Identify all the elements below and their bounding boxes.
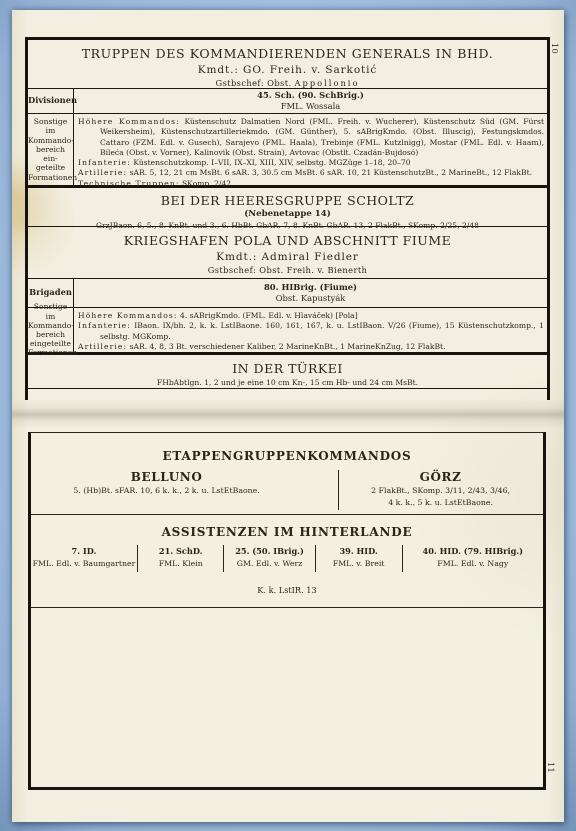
row-label-divisionen: Divisionen [28,89,74,113]
page-title: TRUPPEN DES KOMMANDIERENDEN GENERALS IN … [28,46,547,61]
commander-line: Kmdt.: Admiral Fiedler [28,251,547,263]
artillerie-paragraph: Artillerie: sAR. 4, 8, 3 Bt. verschieden… [78,342,544,352]
sonstige-row-1: Sonstige im Kommando- bereich ein- getei… [28,113,547,185]
hoehere-kommandos-paragraph: Höhere Kommandos: Küstenschutz Dalmatien… [78,117,544,158]
assistenz-column: 21. SchD. FML. Klein [137,545,224,572]
etappengruppen-columns: BELLUNO 5. (Hb)Bt. sFAR. 10, 6 k. k., 2 … [31,470,543,514]
unit-name: 7. ID. [31,546,137,556]
chief-label: Gstbschef: Obst. [216,78,292,88]
assistenz-column: 7. ID. FML. Edl. v. Baumgartner [31,545,137,572]
brigaden-value: 80. HIBrig. (Fiume) Obst. Kapustyák [74,279,547,307]
assistenz-column: 39. HID. FML. v. Breit [315,545,402,572]
unit-commander: FML. Klein [138,559,224,568]
chief-name: Appollonio [295,78,360,88]
group-name: BELLUNO [31,470,302,484]
chief-of-staff-line: Gstbschef: Obst. Freih. v. Bienerth [28,265,547,275]
group-name: GÖRZ [338,470,543,484]
unit-name: 40. HID. (79. HIBrig.) [403,546,543,556]
landsturm-footer: K. k. LstIR. 13 [31,585,543,595]
hoehere-kommandos-paragraph: Höhere Kommandos: 4. sABrigKmdo. (FML. E… [78,311,544,321]
unit-name: 39. HID. [316,546,402,556]
unit-commander: Obst. Kapustyák [74,293,547,304]
artillerie-paragraph: Artillerie: sAR. 5, 12, 21 cm MsBt. 6 sA… [78,168,544,178]
commander-line: Kmdt.: GO. Freih. v. Sarkotić [28,64,547,76]
top-page-table: TRUPPEN DES KOMMANDIERENDEN GENERALS IN … [25,37,550,400]
group-units: 5. (Hb)Bt. sFAR. 10, 6 k. k., 2 k. u. Ls… [31,486,302,496]
unit-commander: FML. Edl. v. Baumgartner [31,559,137,568]
unit-commander: FML. Wossala [74,101,547,112]
kriegshafen-pola-section: KRIEGSHAFEN POLA UND ABSCHNITT FIUME Kmd… [28,226,547,278]
section-title: IN DER TÜRKEI [28,361,547,376]
unit-name: 25. (50. IBrig.) [224,546,314,556]
group-units: 4 k. k., 5 k. u. LstEtBaone. [338,498,543,508]
chief-of-staff-line: Gstbschef: Obst. Appollonio [28,78,547,88]
infanterie-paragraph: Infanterie: IBaon. IX/bh. 2, k. k. LstIB… [78,321,544,342]
section-units-line: FHbAbtlgn. 1, 2 und je eine 10 cm Kn-, 1… [28,378,547,387]
horizontal-rule [31,514,543,515]
page-fold-shadow [12,399,564,429]
unit-name: 21. SchD. [138,546,224,556]
row-label-sonstige-1: Sonstige im Kommando- bereich ein- getei… [28,114,74,185]
assistenzen-columns: 7. ID. FML. Edl. v. Baumgartner 21. SchD… [31,545,543,572]
sonstige-1-value: Höhere Kommandos: Küstenschutz Dalmatien… [74,114,547,185]
assistenz-column: 25. (50. IBrig.) GM. Edl. v. Werz [223,545,314,572]
section-title: KRIEGSHAFEN POLA UND ABSCHNITT FIUME [28,233,547,248]
unit-commander: FML. v. Breit [316,559,402,568]
unit-name: 45. Sch. (90. SchBrig.) [74,90,547,101]
assistenzen-title: ASSISTENZEN IM HINTERLANDE [31,525,543,539]
page-number-10: 10 [550,43,559,54]
sonstige-2-value: Höhere Kommandos: 4. sABrigKmdo. (FML. E… [74,308,547,352]
group-units: 2 FlakBt., SKomp. 3/11, 2/43, 3/46, [338,486,543,496]
bottom-page-table: ETAPPENGRUPPENKOMMANDOS BELLUNO 5. (Hb)B… [28,432,546,790]
divisionen-value: 45. Sch. (90. SchBrig.) FML. Wossala [74,89,547,113]
etappengruppe-belluno: BELLUNO 5. (Hb)Bt. sFAR. 10, 6 k. k., 2 … [31,470,338,514]
page-number-11: 11 [546,762,555,773]
assistenz-column: 40. HID. (79. HIBrig.) FML. Edl. v. Nagy [402,545,543,572]
sonstige-row-2: Sonstige im Kommando- bereich eingeteilt… [28,307,547,352]
unit-commander: GM. Edl. v. Werz [224,559,314,568]
tuerkei-section: IN DER TÜRKEI FHbAbtlgn. 1, 2 und je ein… [28,352,547,388]
brigaden-row: Brigaden 80. HIBrig. (Fiume) Obst. Kapus… [28,278,547,307]
infanterie-paragraph: Infanterie: Küstenschutzkomp. I–VII, IX–… [78,158,544,168]
row-label-sonstige-2: Sonstige im Kommando- bereich eingeteilt… [28,308,74,352]
unit-commander: FML. Edl. v. Nagy [403,559,543,568]
section-units-line: GrzJBaon. 6, 5., 8. KnBt. und 3., 6. HbB… [28,221,547,230]
section-subtitle: (Nebenetappe 14) [28,209,547,219]
unit-name: 80. HIBrig. (Fiume) [74,282,547,293]
etappengruppe-goerz: GÖRZ 2 FlakBt., SKomp. 3/11, 2/43, 3/46,… [338,470,543,514]
heeresgruppe-scholtz-section: BEI DER HEERESGRUPPE SCHOLTZ (Nebenetapp… [28,185,547,226]
divisionen-row: Divisionen 45. Sch. (90. SchBrig.) FML. … [28,88,547,113]
column-divider [338,470,339,510]
horizontal-rule [31,607,543,608]
section-title: BEI DER HEERESGRUPPE SCHOLTZ [28,193,547,208]
technische-truppen-paragraph: Technische Truppen: SKomp. 2/42 [78,179,544,189]
top-page-header: TRUPPEN DES KOMMANDIERENDEN GENERALS IN … [28,40,547,88]
etappengruppen-title: ETAPPENGRUPPENKOMMANDOS [31,449,543,463]
